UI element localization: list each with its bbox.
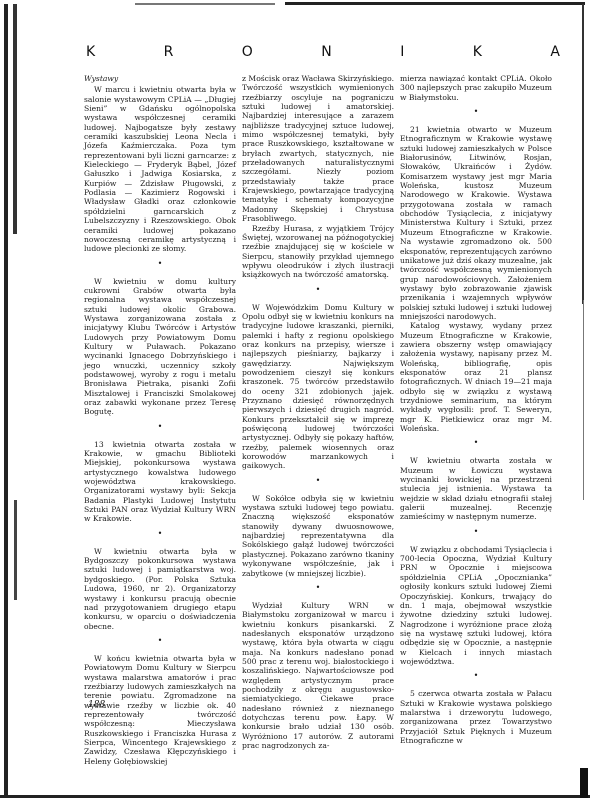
separator-dot: •	[242, 583, 394, 592]
paragraph: 21 kwietnia otwarto w Muzeum Etnograficz…	[400, 125, 552, 321]
title-letter: K	[473, 44, 482, 60]
page-number: 188	[88, 700, 105, 710]
paragraph: Wydział Kultury WRN w Białymstoku zorgan…	[242, 601, 394, 751]
separator-dot: •	[242, 476, 394, 485]
paragraph: mierza nawiązać kontakt CPLiA. Około 300…	[400, 74, 552, 102]
paragraph: W kwietniu otwarta została w Muzeum w Ło…	[400, 456, 552, 521]
paragraph: W marcu i kwietniu otwarta była w saloni…	[84, 85, 236, 253]
paragraph: Rzeźby Hurasa, z wyjątkiem Trójcy Święte…	[242, 224, 394, 280]
paragraph: z Mościsk oraz Wacława Skirzyńskiego. Tw…	[242, 74, 394, 224]
paragraph: W Wojewódzkim Domu Kultury w Opolu odbył…	[242, 303, 394, 471]
title-letter: K	[86, 44, 95, 60]
article-columns: Wystawy W marcu i kwietniu otwarta była …	[84, 74, 556, 766]
separator-dot: •	[84, 529, 236, 538]
separator-dot: •	[84, 636, 236, 645]
scan-edge-top-faint	[135, 3, 275, 5]
paragraph: W kwietniu w domu kultury cukrowni Grabó…	[84, 277, 236, 417]
title-letter: R	[164, 44, 174, 60]
separator-dot: •	[400, 438, 552, 447]
paragraph: 5 czerwca otwarta została w Pałacu Sztuk…	[400, 689, 552, 745]
page-title: K R O N I K A	[86, 44, 560, 60]
paragraph: W Sokółce odbyła się w kwietniu wystawa …	[242, 494, 394, 578]
scan-edge-right-faint	[583, 300, 584, 500]
separator-dot: •	[400, 107, 552, 116]
column-left: Wystawy W marcu i kwietniu otwarta była …	[84, 74, 236, 766]
paragraph: 13 kwietnia otwarta została w Krakowie, …	[84, 440, 236, 524]
scan-edge-left-inner	[13, 4, 17, 234]
separator-dot: •	[400, 671, 552, 680]
column-right: mierza nawiązać kontakt CPLiA. Około 300…	[400, 74, 552, 766]
separator-dot: •	[84, 259, 236, 268]
column-middle: z Mościsk oraz Wacława Skirzyńskiego. Tw…	[242, 74, 394, 766]
paragraph: W związku z obchodami Tysiąclecia i 700-…	[400, 545, 552, 666]
paragraph: W kwietniu otwarta była w Bydgoszczy pok…	[84, 547, 236, 631]
separator-dot: •	[84, 422, 236, 431]
title-letter: O	[242, 44, 253, 60]
separator-dot: •	[242, 285, 394, 294]
scan-edge-left	[4, 4, 8, 796]
scan-edge-bottom	[0, 795, 590, 798]
separator-dot: •	[400, 527, 552, 536]
paragraph: W końcu kwietnia otwarta była w Powiatow…	[84, 654, 236, 766]
title-letter: A	[550, 44, 560, 60]
title-letter: I	[400, 44, 404, 60]
scan-corner-bottom-right	[580, 768, 588, 798]
section-heading: Wystawy	[84, 74, 236, 83]
title-letter: N	[321, 44, 331, 60]
paragraph: Katalog wystawy, wydany przez Muzeum Etn…	[400, 321, 552, 433]
scan-edge-left-mark	[14, 500, 17, 600]
scan-edge-top	[285, 2, 585, 5]
scan-edge-right	[582, 4, 584, 304]
